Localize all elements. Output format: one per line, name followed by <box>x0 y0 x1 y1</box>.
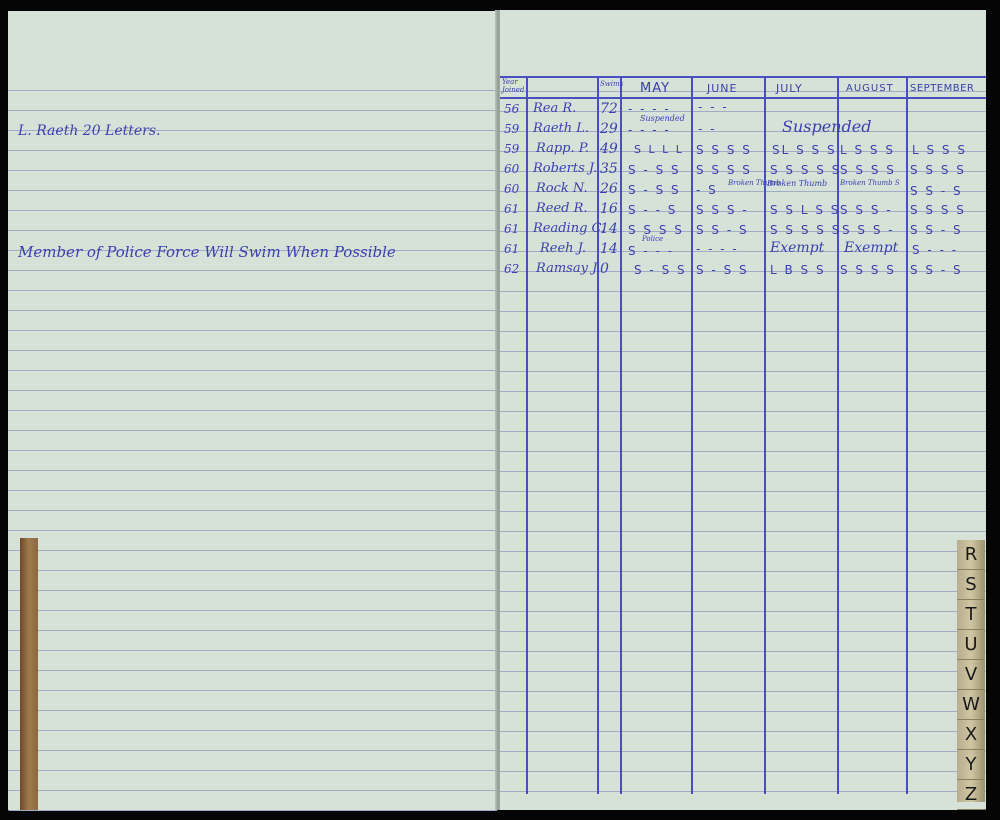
may-annotation-police: Police <box>642 235 663 243</box>
right-page: Year Joined Swims MAY JUNE JULY AUGUST S… <box>500 10 986 810</box>
header-bottom-rule <box>500 97 986 99</box>
year-joined: 62 <box>504 262 519 276</box>
june-record: - - - - <box>696 242 739 256</box>
may-annotation-suspended: Suspended <box>640 114 685 123</box>
left-binding-tape <box>20 538 38 810</box>
september-record: L S S S <box>912 143 967 157</box>
column-rule <box>620 76 622 794</box>
august-record: S S S - <box>842 223 895 237</box>
year-joined: 56 <box>504 102 519 116</box>
swim-count: 72 <box>600 101 618 117</box>
index-tab-t[interactable]: T <box>957 600 985 630</box>
index-tab-w[interactable]: W <box>957 690 985 720</box>
year-joined: 60 <box>504 182 519 196</box>
june-record: S S - S <box>696 223 749 237</box>
member-name: Roberts J. <box>533 161 597 176</box>
june-record: S S S - <box>696 203 749 217</box>
may-record: S - - S <box>628 203 677 217</box>
column-rule <box>691 76 693 794</box>
header-july: JULY <box>776 82 803 95</box>
swim-count: 0 <box>600 261 609 277</box>
index-tab-s[interactable]: S <box>957 570 985 600</box>
note-raeth-letters: L. Raeth 20 Letters. <box>18 123 161 139</box>
column-rule <box>597 76 599 794</box>
may-record: S - S S <box>634 263 687 277</box>
index-tab-y[interactable]: Y <box>957 750 985 780</box>
swim-count: 14 <box>600 221 618 237</box>
swim-count: 29 <box>600 121 618 137</box>
august-broken-thumb: Broken Thumb S <box>840 179 900 187</box>
june-record: S S S S <box>696 163 752 177</box>
member-name: Rock N. <box>536 181 588 196</box>
left-page: L. Raeth 20 Letters. Member of Police Fo… <box>8 11 497 811</box>
index-tab-x[interactable]: X <box>957 720 985 750</box>
alphabet-index-tabs: R S T U V W X Y Z <box>957 540 985 802</box>
year-joined: 61 <box>504 202 519 216</box>
august-record: S S S S <box>840 263 896 277</box>
swim-count: 49 <box>600 141 618 157</box>
june-record: - S <box>696 183 718 197</box>
member-name: Rapp. P. <box>536 141 589 156</box>
august-record: S S S - <box>840 203 893 217</box>
july-record: S S L S S <box>770 203 840 217</box>
column-rule <box>906 76 908 794</box>
header-year-joined: Year Joined <box>502 78 526 94</box>
year-joined: 61 <box>504 222 519 236</box>
june-record: S S S S <box>696 143 752 157</box>
swim-count: 26 <box>600 181 618 197</box>
august-exempt: Exempt <box>844 240 898 256</box>
june-record: - - - <box>698 100 729 114</box>
column-rule <box>526 76 528 794</box>
september-record: S - - - <box>912 243 958 257</box>
may-record: S - S S <box>628 183 681 197</box>
september-record: S S - S <box>910 223 963 237</box>
member-name: Reading C. <box>533 221 605 236</box>
september-record: S S S S <box>910 203 966 217</box>
member-name: Reeh J. <box>540 241 586 256</box>
header-may: MAY <box>640 81 670 96</box>
june-record: S - S S <box>696 263 749 277</box>
september-record: S S S S <box>910 163 966 177</box>
september-record: S S - S <box>910 263 963 277</box>
year-joined: 60 <box>504 162 519 176</box>
column-rule <box>837 76 839 794</box>
may-record: S - S S <box>628 163 681 177</box>
index-tab-z[interactable]: Z <box>957 780 985 810</box>
member-name: Ramsay J. <box>536 261 600 276</box>
july-broken-thumb: Broken Thumb <box>767 179 827 188</box>
may-record: - - - - <box>628 123 671 137</box>
july-record: L B S S <box>770 263 826 277</box>
july-exempt: Exempt <box>770 240 824 256</box>
note-police-force: Member of Police Force Will Swim When Po… <box>18 243 396 261</box>
header-september: SEPTEMBER <box>910 83 974 94</box>
member-name: Reed R. <box>536 201 588 216</box>
june-record: - - <box>698 122 716 136</box>
year-joined: 59 <box>504 122 519 136</box>
swim-count: 16 <box>600 201 618 217</box>
header-august: AUGUST <box>846 83 894 94</box>
index-tab-u[interactable]: U <box>957 630 985 660</box>
july-record: S S S S S <box>770 163 841 177</box>
index-tab-v[interactable]: V <box>957 660 985 690</box>
header-top-rule <box>500 76 986 78</box>
august-record: S S S S <box>840 163 896 177</box>
july-record: S S S S S <box>770 223 841 237</box>
may-record: S - - - <box>628 244 674 258</box>
year-joined: 59 <box>504 142 519 156</box>
header-swims: Swims <box>600 80 623 88</box>
year-joined: 61 <box>504 242 519 256</box>
july-suspended: Suspended <box>782 117 871 136</box>
july-record: SL S S S <box>772 143 837 157</box>
header-june: JUNE <box>707 82 737 95</box>
member-name: Raeth L. <box>533 121 589 136</box>
september-record: S S - S <box>910 184 963 198</box>
may-record: S L L L <box>634 143 684 156</box>
august-record: L S S S <box>840 143 895 157</box>
index-tab-r[interactable]: R <box>957 540 985 570</box>
swim-count: 14 <box>600 241 618 257</box>
swim-count: 35 <box>600 161 618 177</box>
member-name: Rea R. <box>533 101 576 116</box>
